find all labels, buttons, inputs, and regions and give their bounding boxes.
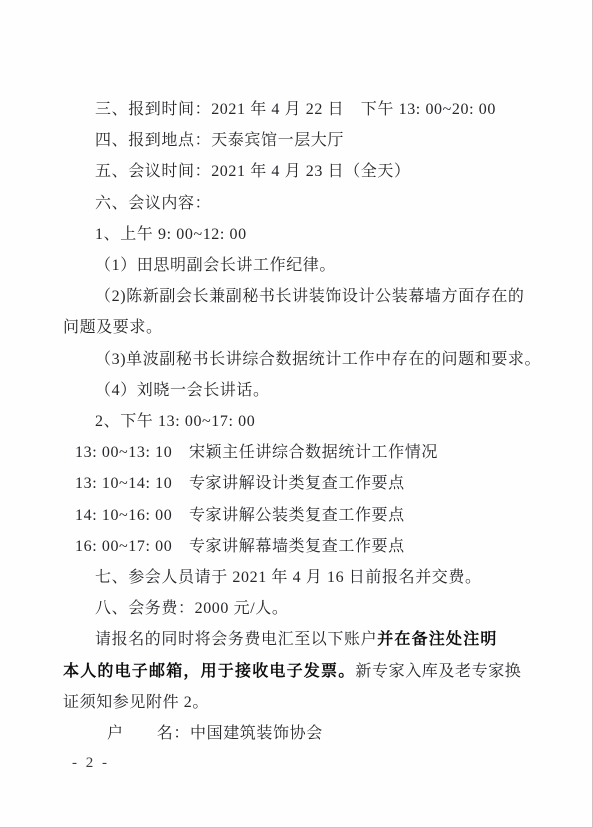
- doc-line-payment-note: 请报名的同时将会务费电汇至以下账户并在备注处注明: [63, 624, 549, 655]
- document-body: 三、报到时间：2021 年 4 月 22 日 下午 13: 00~20: 00 …: [63, 94, 549, 749]
- doc-line-schedule-row: 13: 10~14: 10 专家讲解设计类复查工作要点: [63, 468, 549, 499]
- doc-line-agenda-heading: 六、会议内容：: [63, 188, 549, 219]
- doc-line-meeting-time: 五、会议时间：2021 年 4 月 23 日（全天）: [63, 156, 549, 187]
- page-number: - 2 -: [72, 753, 110, 773]
- doc-line-payment-note-cont: 本人的电子邮箱，用于接收电子发票。新专家入库及老专家换: [63, 656, 549, 687]
- doc-line-agenda-item-4: （4）刘晓一会长讲话。: [63, 375, 549, 406]
- doc-line-checkin-time: 三、报到时间：2021 年 4 月 22 日 下午 13: 00~20: 00: [63, 94, 549, 125]
- doc-line-afternoon-session: 2、下午 13: 00~17: 00: [63, 406, 549, 437]
- doc-line-schedule-row: 14: 10~16: 00 专家讲解公装类复查工作要点: [63, 500, 549, 531]
- doc-text-regular: 请报名的同时将会务费电汇至以下账户: [95, 631, 377, 648]
- doc-text-bold: 并在备注处注明: [377, 631, 497, 648]
- document-page: 三、报到时间：2021 年 4 月 22 日 下午 13: 00~20: 00 …: [0, 0, 593, 828]
- doc-line-account-name: 户 名：中国建筑装饰协会: [63, 718, 549, 749]
- doc-line-agenda-item-2-cont: 问题及要求。: [63, 312, 549, 343]
- doc-line-morning-session: 1、上午 9: 00~12: 00: [63, 219, 549, 250]
- doc-line-registration: 七、参会人员请于 2021 年 4 月 16 日前报名并交费。: [63, 562, 549, 593]
- doc-text-regular: 新专家入库及老专家换: [355, 663, 521, 680]
- doc-line-attachment-note: 证须知参见附件 2。: [63, 687, 549, 718]
- doc-line-agenda-item-2: （2)陈新副会长兼副秘书长讲装饰设计公装幕墙方面存在的: [63, 281, 549, 312]
- doc-line-agenda-item-1: （1）田思明副会长讲工作纪律。: [63, 250, 549, 281]
- doc-line-checkin-place: 四、报到地点：天泰宾馆一层大厅: [63, 125, 549, 156]
- doc-line-schedule-row: 13: 00~13: 10 宋颖主任讲综合数据统计工作情况: [63, 437, 549, 468]
- doc-line-agenda-item-3: （3)单波副秘书长讲综合数据统计工作中存在的问题和要求。: [63, 344, 549, 375]
- doc-text-bold: 本人的电子邮箱，用于接收电子发票。: [63, 663, 355, 680]
- doc-line-fee: 八、会务费：2000 元/人。: [63, 593, 549, 624]
- doc-line-schedule-row: 16: 00~17: 00 专家讲解幕墙类复查工作要点: [63, 531, 549, 562]
